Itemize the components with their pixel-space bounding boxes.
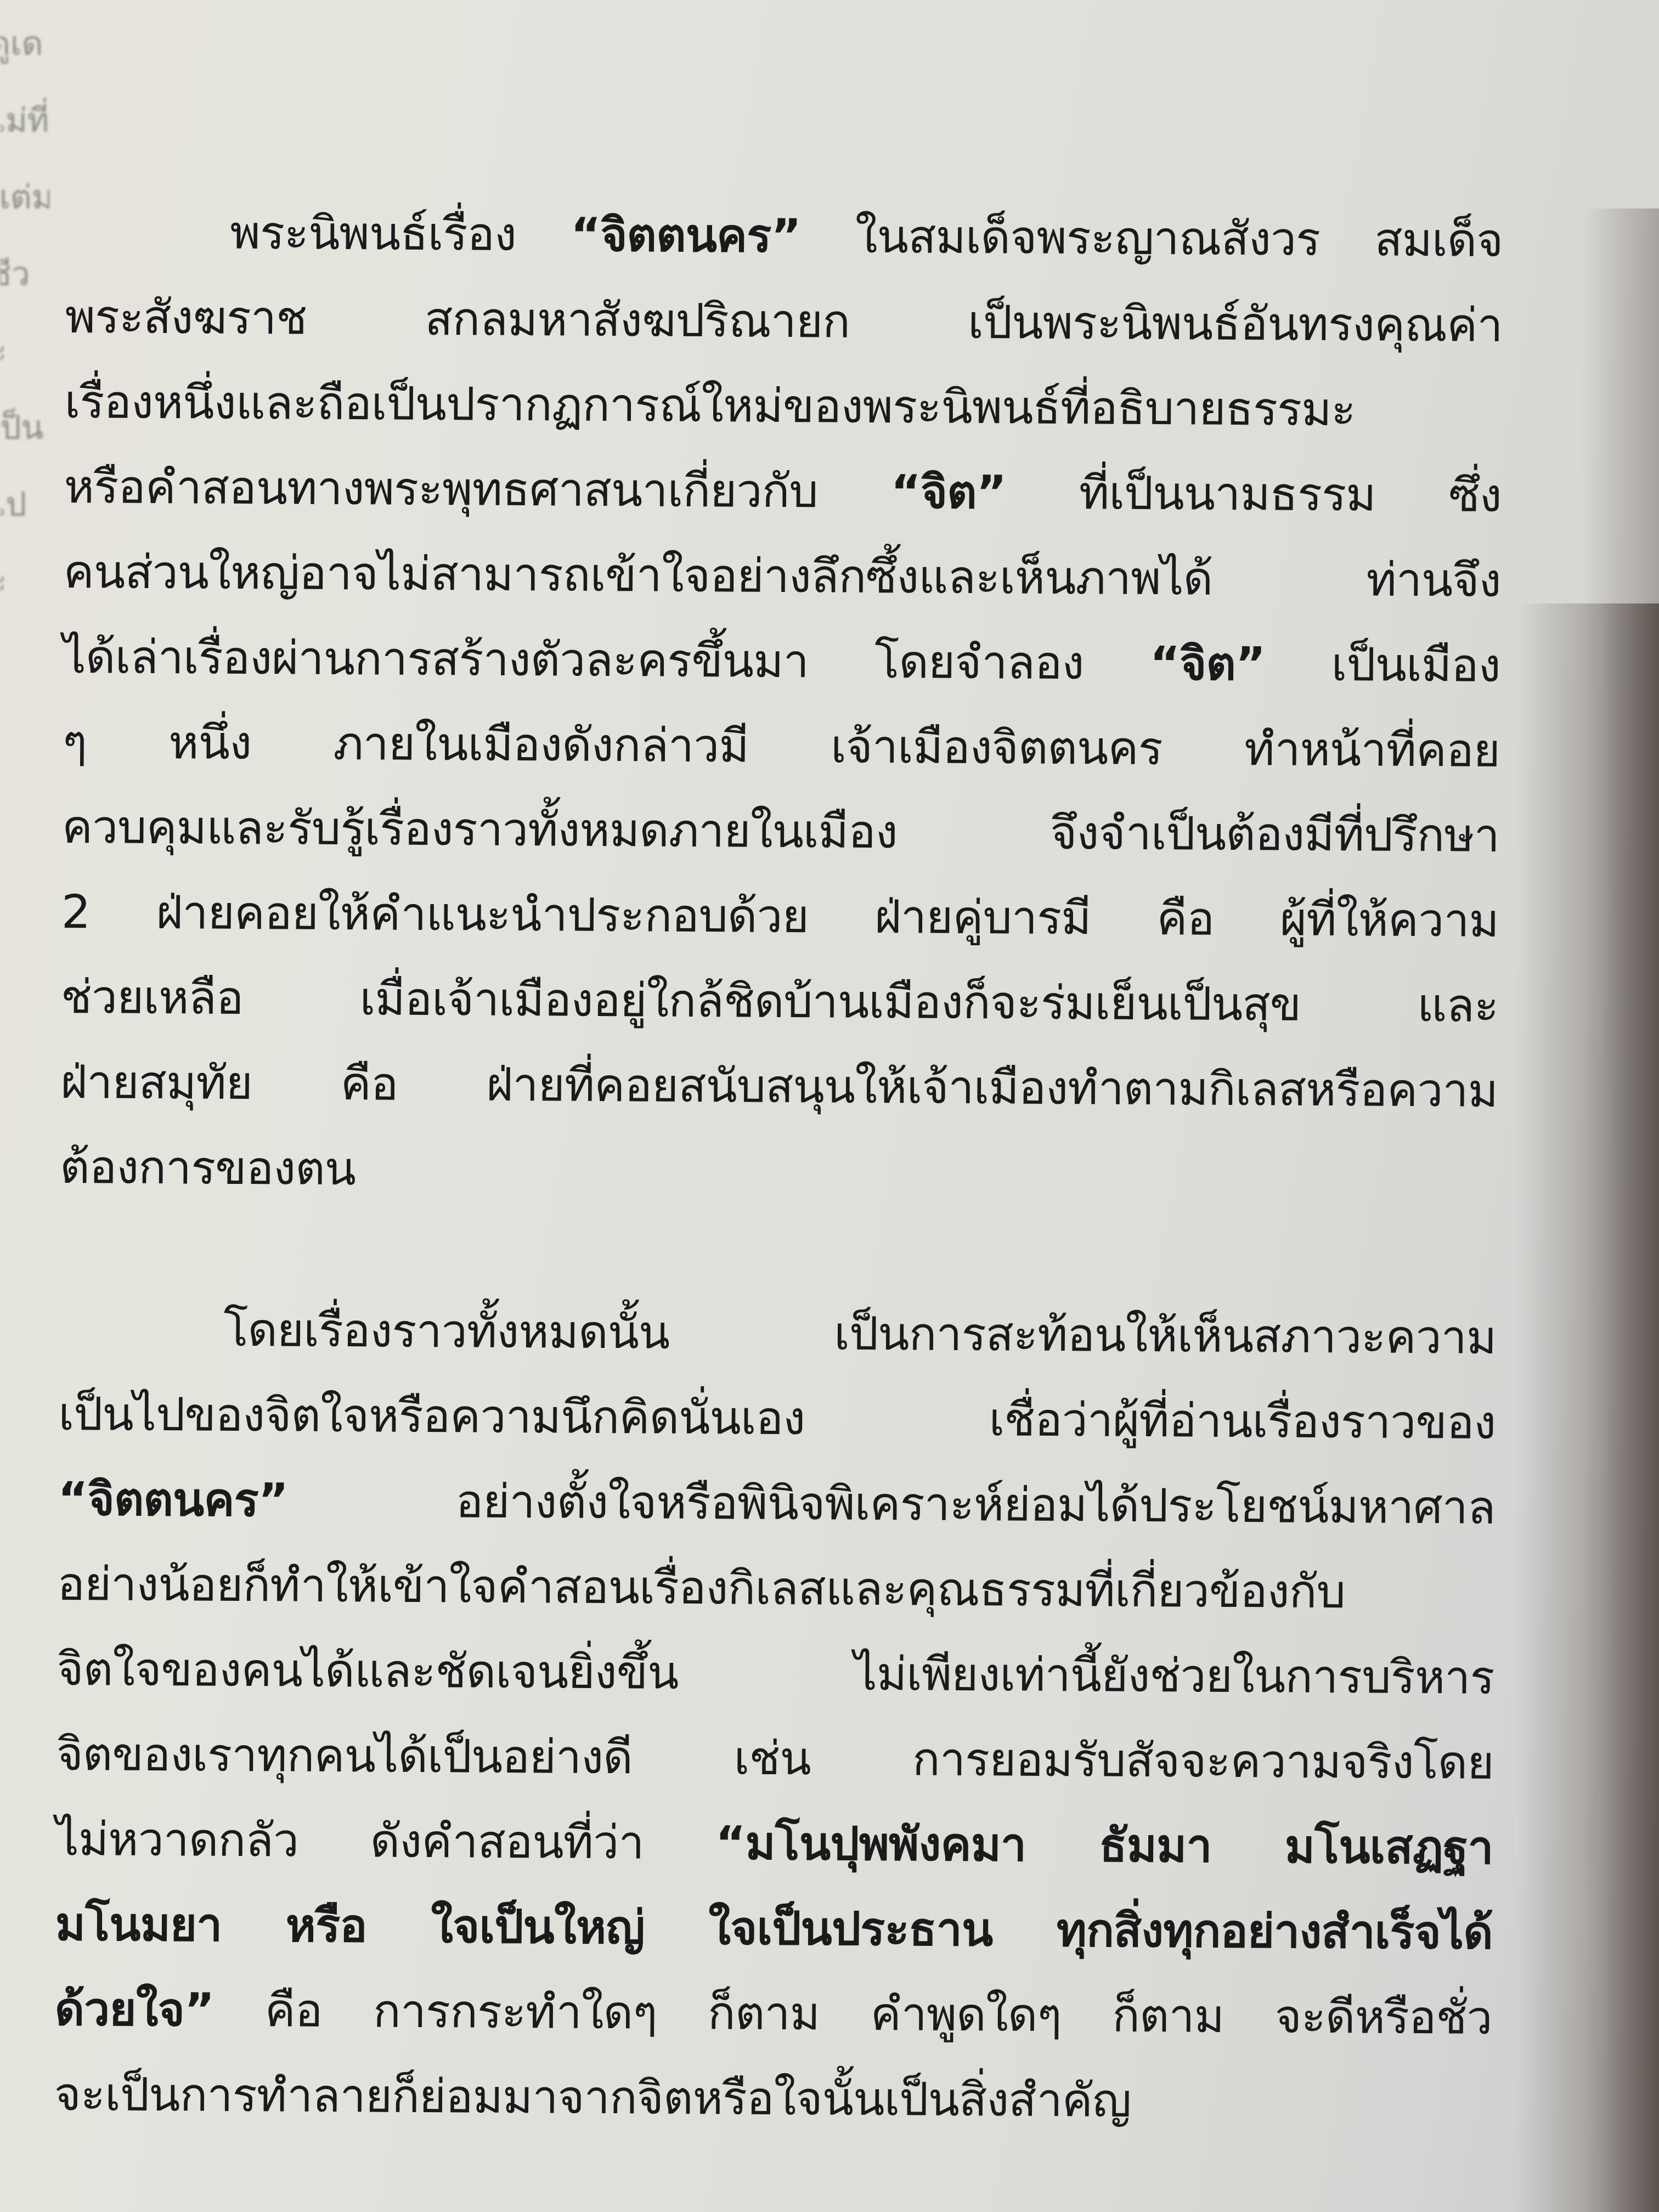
text-segment: เรื่องหนึ่งและถือเป็นปรากฏการณ์ใหม่ของพร… (64, 375, 1356, 436)
text-segment: ในสมเด็จพระญาณสังวร สมเด็จ (800, 209, 1503, 267)
text-segment: โดยเรื่องราวทั้งหมดนั้น เป็นการสะท้อนให้… (223, 1303, 1497, 1364)
text-line: ช่วยเหลือ เมื่อเจ้าเมืองอยู่ใกล้ชิดบ้านเ… (61, 955, 1499, 1048)
text-segment: ฝ่ายสมุทัย คือ ฝ่ายที่คอยสนับสนุนให้เจ้า… (60, 1055, 1498, 1118)
page-curl-shadow (1582, 208, 1659, 2212)
bleed-fragment: ไป (0, 466, 49, 543)
text-segment: จะเป็นการทำลายก็ย่อมมาจากจิตหรือใจนั้นเป… (54, 2067, 1131, 2128)
text-segment: จิตของเราทุกคนได้เป็นอย่างดี เช่น การยอม… (56, 1727, 1494, 1790)
bold-text-segment: ด้วยใจ” (54, 1982, 214, 2037)
text-line: เป็นไปของจิตใจหรือความนึกคิดนั่นเอง เชื่… (58, 1372, 1496, 1465)
bold-text-segment: “จิต” (890, 465, 1006, 519)
bold-text-segment: “จิต” (1150, 636, 1266, 691)
text-segment: พระนิพนธ์เรื่อง (230, 206, 571, 262)
text-line: ได้เล่าเรื่องผ่านการสร้างตัวละครขึ้นมา โ… (63, 614, 1500, 708)
text-line: มโนมยา หรือ ใจเป็นใหญ่ ใจเป็นประธาน ทุกส… (55, 1882, 1493, 1976)
paragraph-1: พระนิพนธ์เรื่อง “จิตตนคร” ในสมเด็จพระญาณ… (60, 189, 1503, 1218)
text-line: จะเป็นการทำลายก็ย่อมมาจากจิตหรือใจนั้นเป… (54, 2052, 1492, 2146)
text-line: 2 ฝ่ายคอยให้คำแนะนำประกอบด้วย ฝ่ายคู่บาร… (61, 870, 1499, 963)
bold-text-segment: “จิตตนคร” (58, 1472, 288, 1527)
text-segment: ที่เป็นนามธรรม ซึ่ง (1006, 465, 1502, 522)
bold-text-segment: “จิตตนคร” (571, 208, 801, 263)
bleed-fragment: ไม่ที่ (0, 82, 49, 159)
text-line: โดยเรื่องราวทั้งหมดนั้น เป็นการสะท้อนให้… (59, 1286, 1497, 1380)
text-segment: จิตใจของคนได้และชัดเจนยิ่งขึ้น ไม่เพียงเ… (57, 1642, 1494, 1705)
text-line: ๆ หนึ่ง ภายในเมืองดังกล่าวมี เจ้าเมืองจิ… (62, 699, 1500, 793)
page-edge-shadow (1516, 603, 1659, 2212)
text-line: ฝ่ายสมุทัย คือ ฝ่ายที่คอยสนับสนุนให้เจ้า… (60, 1040, 1498, 1133)
paragraph-2: โดยเรื่องราวทั้งหมดนั้น เป็นการสะท้อนให้… (54, 1286, 1496, 2146)
text-line: จิตของเราทุกคนได้เป็นอย่างดี เช่น การยอม… (56, 1712, 1494, 1805)
text-line: ควบคุมและรับรู้เรื่องราวทั้งหมดภายในเมือ… (61, 785, 1499, 878)
text-segment: หรือคำสอนทางพระพุทธศาสนาเกี่ยวกับ (64, 460, 891, 518)
text-segment: พระสังฆราช สกลมหาสังฆปริณายก เป็นพระนิพน… (65, 290, 1503, 352)
text-segment: คนส่วนใหญ่อาจไม่สามารถเข้าใจอย่างลึกซึ้ง… (63, 545, 1501, 607)
paragraph-spacer (59, 1210, 1497, 1295)
bleed-fragment: แต่ม (0, 159, 49, 236)
text-line: จิตใจของคนได้และชัดเจนยิ่งขึ้น ไม่เพียงเ… (57, 1627, 1494, 1720)
text-segment: อย่างน้อยก็ทำให้เข้าใจคำสอนเรื่องกิเลสแล… (57, 1557, 1345, 1618)
text-line: อย่างน้อยก็ทำให้เข้าใจคำสอนเรื่องกิเลสแล… (57, 1542, 1495, 1635)
bleed-fragment: ชีว (0, 236, 49, 313)
bold-text-segment: มโนมยา หรือ ใจเป็นใหญ่ ใจเป็นประธาน ทุกส… (55, 1897, 1493, 1960)
bleed-fragment: ะ (0, 543, 49, 620)
bleed-fragment: ะ (0, 313, 49, 390)
text-segment: ต้องการของตน (60, 1140, 356, 1195)
text-line: ด้วยใจ” คือ การกระทำใดๆ ก็ตาม คำพูดใดๆ ก… (54, 1967, 1492, 2061)
text-segment: 2 ฝ่ายคอยให้คำแนะนำประกอบด้วย ฝ่ายคู่บาร… (61, 885, 1499, 947)
text-line: หรือคำสอนทางพระพุทธศาสนาเกี่ยวกับ “จิต” … (64, 444, 1502, 538)
text-line: ไม่หวาดกลัว ดังคำสอนที่ว่า “มโนปุพพังคมา… (55, 1797, 1493, 1891)
text-segment: ไม่หวาดกลัว ดังคำสอนที่ว่า (55, 1812, 715, 1870)
bleed-fragment: เป็น (0, 390, 49, 466)
text-segment: เป็นเมือง (1265, 637, 1500, 692)
text-line: เรื่องหนึ่งและถือเป็นปรากฏการณ์ใหม่ของพร… (64, 359, 1502, 453)
bold-text-segment: “มโนปุพพังคมา ธัมมา มโนเสฏฐา (715, 1816, 1493, 1875)
text-line: คนส่วนใหญ่อาจไม่สามารถเข้าใจอย่างลึกซึ้ง… (63, 529, 1501, 623)
page-body: พระนิพนธ์เรื่อง “จิตตนคร” ในสมเด็จพระญาณ… (54, 189, 1503, 2146)
text-segment: ช่วยเหลือ เมื่อเจ้าเมืองอยู่ใกล้ชิดบ้านเ… (61, 970, 1499, 1032)
text-segment: เป็นไปของจิตใจหรือความนึกคิดนั่นเอง เชื่… (58, 1387, 1496, 1449)
bleed-fragment: ดูเด (0, 5, 49, 82)
text-segment: ๆ หนึ่ง ภายในเมืองดังกล่าวมี เจ้าเมืองจิ… (63, 715, 1500, 777)
text-segment: ได้เล่าเรื่องผ่านการสร้างตัวละครขึ้นมา โ… (63, 630, 1150, 690)
text-segment: คือ การกระทำใดๆ ก็ตาม คำพูดใดๆ ก็ตาม จะด… (214, 1983, 1492, 2045)
adjacent-page-bleed-through: ดูเด ไม่ที่ แต่ม ชีว ะ เป็น ไป ะ (0, 0, 49, 664)
text-segment: อย่างตั้งใจหรือพินิจพิเคราะห์ย่อมได้ประโ… (288, 1474, 1496, 1534)
text-segment: ควบคุมและรับรู้เรื่องราวทั้งหมดภายในเมือ… (62, 800, 1500, 862)
text-line: พระนิพนธ์เรื่อง “จิตตนคร” ในสมเด็จพระญาณ… (65, 189, 1503, 283)
text-line: “จิตตนคร” อย่างตั้งใจหรือพินิจพิเคราะห์ย… (58, 1457, 1496, 1550)
text-line: ต้องการของตน (60, 1125, 1498, 1218)
text-line: พระสังฆราช สกลมหาสังฆปริณายก เป็นพระนิพน… (65, 274, 1503, 368)
